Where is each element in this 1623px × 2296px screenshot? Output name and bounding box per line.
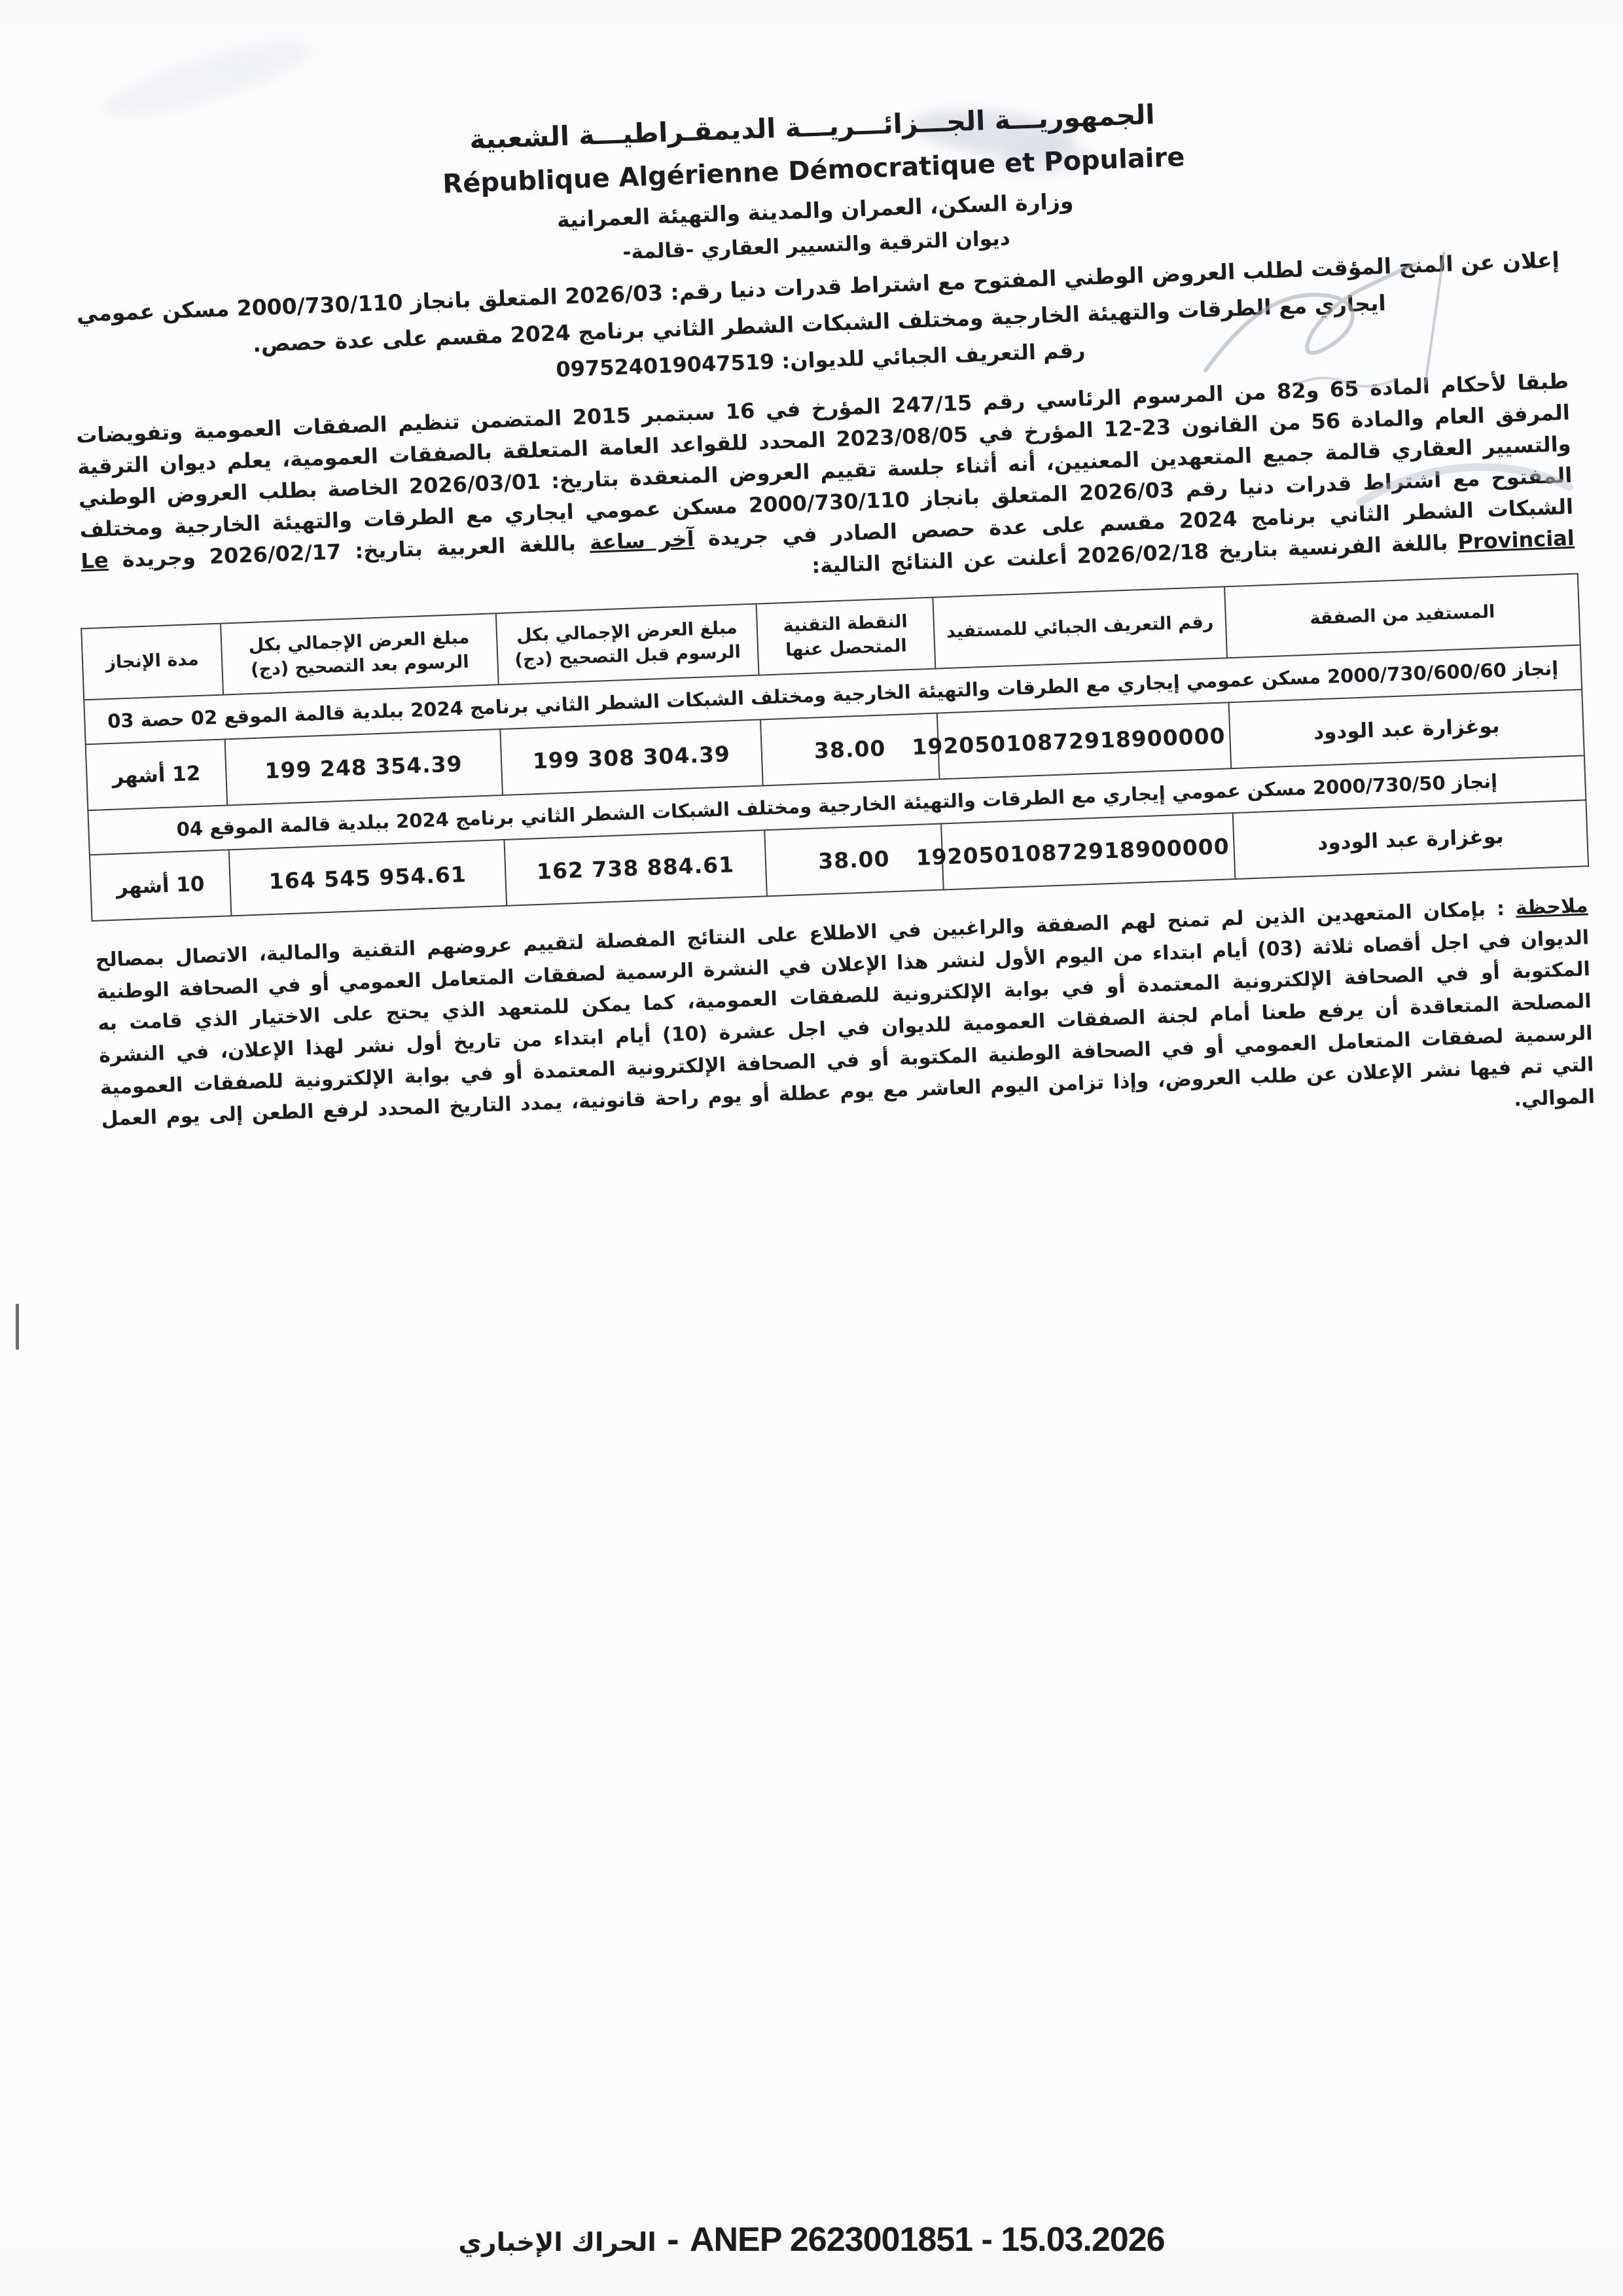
col-header-beneficiary: المستفيد من الصفقة bbox=[1224, 573, 1580, 658]
document-content: الجمهوريـــة الجـــزائـــريـــة الديمقـر… bbox=[63, 84, 1598, 1168]
note-body: : بإمكان المتعهدين الذين لم تمنح لهم الص… bbox=[95, 897, 1595, 1131]
duration-cell: 10 أشهر bbox=[90, 850, 231, 922]
col-header-tax-id: رقم التعريف الجبائي للمستفيد bbox=[933, 586, 1227, 669]
tax-id-cell: 19205010872918900000 bbox=[912, 723, 1226, 761]
intro-paragraph: طبقا لأحكام المادة 65 و82 من المرسوم الر… bbox=[76, 365, 1575, 607]
col-header-technical-score: النقطة التقنية المتحصل عنها bbox=[756, 597, 935, 675]
note-paragraph: ملاحظة : بإمكان المتعهدين الذين لم تمنح … bbox=[95, 891, 1596, 1168]
tax-id-cell: 19205010872918900000 bbox=[916, 834, 1230, 871]
score-cell: 38.00 bbox=[817, 846, 890, 874]
col-header-duration: مدة الإنجاز bbox=[81, 623, 223, 700]
beneficiary-cell: بوغزارة عبد الودود bbox=[1229, 690, 1584, 769]
scan-smudge bbox=[97, 28, 315, 132]
amount-before-cell: 162 738 884.61 bbox=[536, 852, 734, 884]
anep-footer: الحراك الإخباري - ANEP 2623001851 - 15.0… bbox=[0, 2220, 1623, 2259]
duration-cell: 12 أشهر bbox=[86, 740, 227, 811]
page-edge-mark bbox=[16, 1304, 19, 1350]
amount-after-cell: 199 248 354.39 bbox=[264, 751, 463, 783]
score-cell: 38.00 bbox=[813, 736, 886, 764]
col-header-amount-before: مبلغ العرض الإجمالي بكل الرسوم قبل التصح… bbox=[496, 603, 759, 685]
results-table: المستفيد من الصفقة رقم التعريف الجبائي ل… bbox=[80, 573, 1589, 922]
scanned-page: الجمهوريـــة الجـــزائـــريـــة الديمقـر… bbox=[0, 0, 1623, 2296]
amount-after-cell: 164 545 954.61 bbox=[268, 861, 467, 894]
footer-separator: - bbox=[656, 2223, 690, 2258]
footer-anep-reference: ANEP 2623001851 - 15.03.2026 bbox=[690, 2221, 1165, 2259]
beneficiary-cell: بوغزارة عبد الودود bbox=[1233, 800, 1588, 880]
footer-journal-name: الحراك الإخباري bbox=[458, 2228, 656, 2257]
amount-before-cell: 199 308 304.39 bbox=[532, 741, 730, 774]
col-header-amount-after: مبلغ العرض الإجمالي بكل الرسوم بعد التصح… bbox=[221, 613, 499, 695]
arabic-journal-name: آخر ساعة bbox=[589, 526, 694, 555]
note-label: ملاحظة bbox=[1515, 895, 1588, 920]
